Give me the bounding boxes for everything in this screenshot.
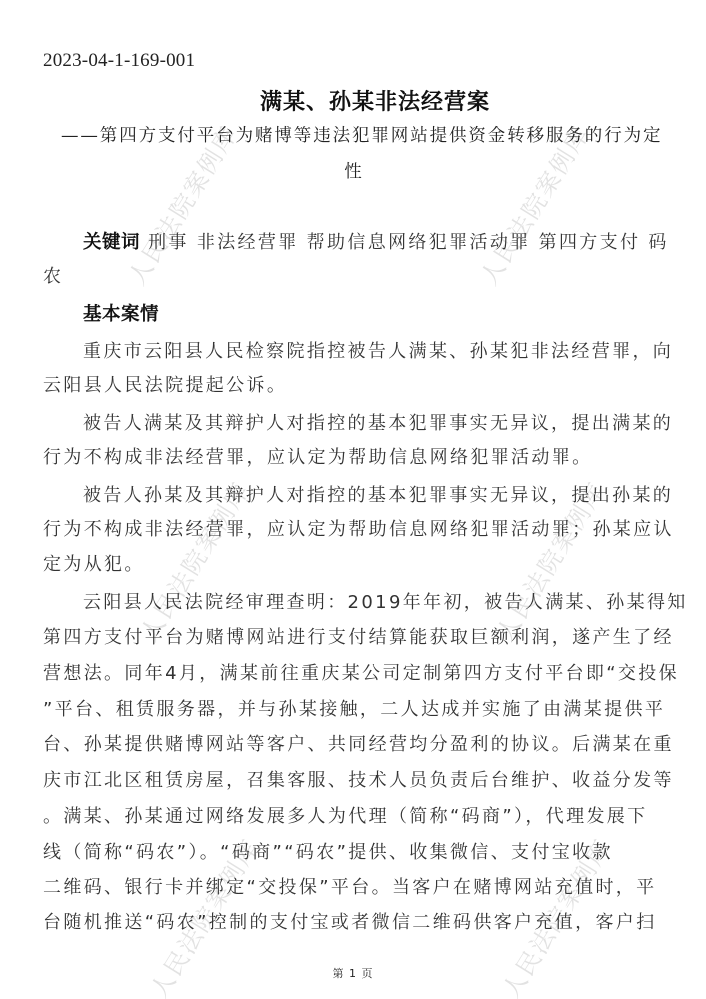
page-title: 满某、孙某非法经营案 bbox=[0, 85, 706, 116]
body-line: 。满某、孙某通过网络发展多人为代理（简称“码商”），代理发展下 bbox=[43, 805, 655, 829]
section-heading-basic-facts: 基本案情 bbox=[83, 300, 159, 326]
keywords-line: 关键词 刑事 非法经营罪 帮助信息网络犯罪活动罪 第四方支付 码 bbox=[83, 231, 695, 255]
body-line: 庆市江北区租赁房屋，召集客服、技术人员负责后台维护、收益分发等 bbox=[43, 769, 655, 793]
body-line: 台、孙某提供赌博网站等客户、共同经营均分盈利的协议。后满某在重 bbox=[43, 733, 655, 757]
subtitle-continuation: 性 bbox=[0, 158, 706, 183]
keywords-line-continued: 农 bbox=[43, 265, 655, 289]
keywords-values: 刑事 非法经营罪 帮助信息网络犯罪活动罪 第四方支付 码 bbox=[140, 232, 669, 253]
document-page: 人民法院案例库 人民法院案例库 人民法院案例库 人民法院案例库 人民法院案例库 … bbox=[0, 0, 706, 999]
body-line: 二维码、银行卡并绑定“交投保”平台。当客户在赌博网站充值时，平 bbox=[43, 876, 655, 900]
body-line: 定为从犯。 bbox=[43, 553, 655, 577]
body-line: 被告人孙某及其辩护人对指控的基本犯罪事实无异议，提出孙某的 bbox=[83, 484, 695, 508]
body-line: 云阳县人民法院提起公诉。 bbox=[43, 374, 655, 398]
body-line: 被告人满某及其辩护人对指控的基本犯罪事实无异议，提出满某的 bbox=[83, 412, 695, 436]
body-line: 台随机推送“码农”控制的支付宝或者微信二维码供客户充值，客户扫 bbox=[43, 911, 655, 935]
body-line: 重庆市云阳县人民检察院指控被告人满某、孙某犯非法经营罪，向 bbox=[83, 340, 695, 364]
body-line: 线（简称“码农”）。“码商”“码农”提供、收集微信、支付宝收款 bbox=[43, 841, 655, 865]
body-line: 行为不构成非法经营罪，应认定为帮助信息网络犯罪活动罪。 bbox=[43, 446, 655, 470]
body-line: 第四方支付平台为赌博网站进行支付结算能获取巨额利润，遂产生了经 bbox=[43, 626, 655, 650]
body-line: 营想法。同年4月，满某前往重庆某公司定制第四方支付平台即“交投保 bbox=[43, 662, 655, 686]
body-line: 云阳县人民法院经审理查明：2019年年初，被告人满某、孙某得知 bbox=[83, 591, 695, 615]
case-number: 2023-04-1-169-001 bbox=[43, 50, 195, 72]
body-line: 行为不构成非法经营罪，应认定为帮助信息网络犯罪活动罪；孙某应认 bbox=[43, 518, 655, 542]
page-number: 第 1 页 bbox=[0, 965, 706, 981]
keywords-label: 关键词 bbox=[83, 232, 140, 253]
body-line: ”平台、租赁服务器，并与孙某接触，二人达成并实施了由满某提供平 bbox=[43, 698, 655, 722]
subtitle: ——第四方支付平台为赌博等违法犯罪网站提供资金转移服务的行为定 bbox=[61, 122, 661, 147]
